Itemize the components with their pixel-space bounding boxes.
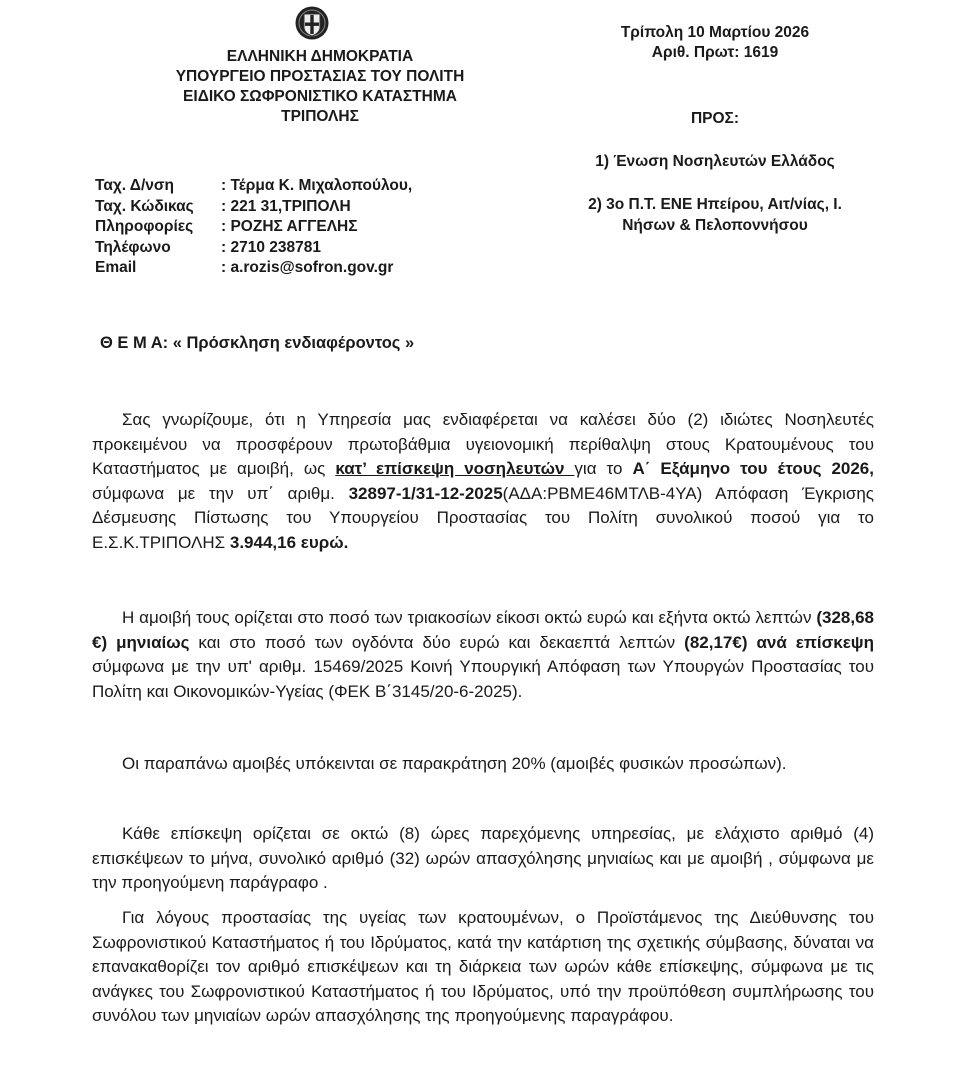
sender-header: ΕΛΛΗΝΙΚΗ ΔΗΜΟΚΡΑΤΙΑ ΥΠΟΥΡΓΕΙΟ ΠΡΟΣΤΑΣΙΑΣ… — [175, 47, 465, 127]
contact-row-email: Email : a.rozis@sofron.gov.gr — [95, 258, 412, 279]
paragraph-4: Κάθε επίσκεψη ορίζεται σε οκτώ (8) ώρες … — [92, 822, 874, 896]
subject-line: Θ Ε Μ Α: « Πρόσκληση ενδιαφέροντος » — [100, 334, 414, 353]
sender-line-4: ΤΡΙΠΟΛΗΣ — [175, 107, 465, 127]
contact-row-address: Ταχ. Δ/νση : Τέρμα Κ. Μιχαλοπούλου, — [95, 176, 412, 197]
contact-value: : 2710 238781 — [221, 238, 412, 259]
document-meta: Τρίπολη 10 Μαρτίου 2026 Αριθ. Πρωτ: 1619 — [575, 23, 855, 63]
paragraph-3: Οι παραπάνω αμοιβές υπόκεινται σε παρακρ… — [92, 752, 874, 777]
email-link[interactable]: : a.rozis@sofron.gov.gr — [221, 258, 412, 279]
text-run: σύμφωνα με την υπ΄ αριθμ. — [92, 484, 349, 503]
contact-row-info: Πληροφορίες : ΡΟΖΗΣ ΑΓΓΕΛΗΣ — [95, 217, 412, 238]
recipient-2: 2) 3ο Π.Τ. ΕΝΕ Ηπείρου, Αιτ/νίας, Ι. Νήσ… — [555, 194, 875, 236]
emphasis-total-amount: 3.944,16 ευρώ. — [230, 533, 348, 552]
emphasis-visit-fee: (82,17€) ανά επίσκεψη — [684, 633, 874, 652]
contact-value: : 221 31,ΤΡΙΠΟΛΗ — [221, 197, 412, 218]
contact-details: Ταχ. Δ/νση : Τέρμα Κ. Μιχαλοπούλου, Ταχ.… — [95, 176, 412, 279]
protocol-number: Αριθ. Πρωτ: 1619 — [575, 43, 855, 63]
greek-coat-of-arms-icon — [294, 5, 330, 41]
paragraph-5: Για λόγους προστασίας της υγείας των κρα… — [92, 906, 874, 1029]
emphasis-period: Α΄ Εξάμηνο του έτους 2026, — [632, 459, 874, 478]
contact-value: : ΡΟΖΗΣ ΑΓΓΕΛΗΣ — [221, 217, 412, 238]
sender-line-1: ΕΛΛΗΝΙΚΗ ΔΗΜΟΚΡΑΤΙΑ — [175, 47, 465, 67]
place-date: Τρίπολη 10 Μαρτίου 2026 — [575, 23, 855, 43]
sender-line-3: ΕΙΔΙΚΟ ΣΩΦΡΟΝΙΣΤΙΚΟ ΚΑΤΑΣΤΗΜΑ — [175, 87, 465, 107]
recipient-2-line-2: Νήσων & Πελοποννήσου — [555, 215, 875, 236]
emphasis-underlined: κατ’ επίσκεψη νοσηλευτών — [335, 459, 574, 478]
text-run: και στο ποσό των ογδόντα δύο ευρώ και δε… — [189, 633, 684, 652]
sender-line-2: ΥΠΟΥΡΓΕΙΟ ΠΡΟΣΤΑΣΙΑΣ ΤΟΥ ΠΟΛΙΤΗ — [175, 67, 465, 87]
contact-value: : Τέρμα Κ. Μιχαλοπούλου, — [221, 176, 412, 197]
contact-label: Τηλέφωνο — [95, 238, 221, 259]
contact-label: Ταχ. Δ/νση — [95, 176, 221, 197]
contact-label: Ταχ. Κώδικας — [95, 197, 221, 218]
paragraph-1: Σας γνωρίζουμε, ότι η Υπηρεσία μας ενδια… — [92, 408, 874, 555]
recipients-heading: ΠΡΟΣ: — [575, 110, 855, 128]
contact-label: Πληροφορίες — [95, 217, 221, 238]
recipient-2-line-1: 2) 3ο Π.Τ. ΕΝΕ Ηπείρου, Αιτ/νίας, Ι. — [555, 194, 875, 215]
contact-label: Email — [95, 258, 221, 279]
text-run: Η αμοιβή τους ορίζεται στο ποσό των τρια… — [122, 608, 816, 627]
text-run: σύμφωνα με την υπ' αριθμ. 15469/2025 Κοι… — [92, 657, 874, 701]
text-run: για το — [574, 459, 632, 478]
paragraph-2: Η αμοιβή τους ορίζεται στο ποσό των τρια… — [92, 606, 874, 704]
contact-row-phone: Τηλέφωνο : 2710 238781 — [95, 238, 412, 259]
recipient-1: 1) Ένωση Νοσηλευτών Ελλάδος — [555, 153, 875, 171]
contact-row-postcode: Ταχ. Κώδικας : 221 31,ΤΡΙΠΟΛΗ — [95, 197, 412, 218]
emphasis-decision-number: 32897-1/31-12-2025 — [349, 484, 503, 503]
